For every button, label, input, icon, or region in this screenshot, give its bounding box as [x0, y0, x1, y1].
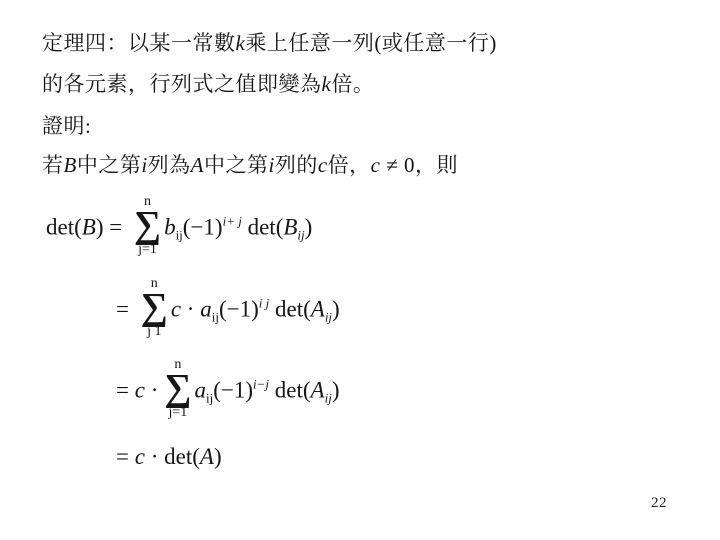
text-run: A [200, 444, 214, 469]
text-run: A [311, 377, 325, 402]
text-run: · [145, 444, 164, 469]
text-run: 若 [42, 153, 64, 177]
proof-heading: 證明: [42, 114, 91, 139]
text-run: ) [332, 377, 340, 402]
text-run: 中之第 [204, 153, 269, 177]
text-run: ij [325, 390, 332, 405]
text-run: det( [164, 444, 200, 469]
presentation-slide: 定理四：以某一常數k乘上任意一列(或任意一行) 的各元素，行列式之值即變為k倍。… [0, 0, 720, 540]
text-run: B [82, 214, 96, 239]
text-run: 倍， [328, 153, 371, 177]
text-run: (−1) [213, 377, 253, 402]
text-run: · [145, 377, 158, 402]
sum-lower-limit: j=1 [138, 243, 157, 257]
text-run: ij [297, 227, 304, 242]
sigma-glyph: ∑ [134, 209, 161, 243]
text-run: ) [332, 296, 340, 321]
text-run: ) [214, 444, 222, 469]
text-run: c [318, 153, 328, 177]
sigma-glyph: ∑ [164, 372, 191, 406]
text-run: B [64, 153, 77, 177]
text-run: 列的 [275, 153, 318, 177]
text-run: b [164, 214, 176, 239]
sigma-glyph: ∑ [141, 291, 168, 325]
sum-lower-limit: j 1 [147, 325, 161, 339]
sum-lower-limit: j=1 [169, 406, 188, 420]
text-run: = [116, 444, 135, 469]
text-run: c [135, 377, 145, 402]
text-run: ij [212, 309, 219, 324]
text-run: = [116, 377, 135, 402]
page-number: 22 [651, 495, 667, 512]
theorem-statement-line-1: 定理四：以某一常數k乘上任意一列(或任意一行) [42, 31, 497, 56]
text-run: 列為 [148, 153, 191, 177]
text-run: k [322, 72, 332, 96]
text-run: det( [269, 377, 311, 402]
summation-sign: n∑j 1 [141, 277, 168, 339]
text-run: · [181, 296, 200, 321]
text-run: 定理四：以某一常數 [42, 31, 236, 55]
text-run: ≠ 0，則 [381, 153, 459, 177]
summation-sign: n∑j=1 [164, 358, 191, 420]
text-run: A [191, 153, 204, 177]
text-run: i+ j [223, 213, 242, 228]
text-run: det( [269, 296, 311, 321]
equation-substitute-c-aij: = n∑j 1c · aij(−1)i j det(Aij) [116, 280, 340, 342]
text-run: A [311, 296, 325, 321]
text-run: det( [46, 214, 82, 239]
text-run: i j [259, 295, 269, 310]
text-run: a [194, 377, 206, 402]
text-run: ) = [96, 214, 128, 239]
text-run: 的各元素，行列式之值即變為 [42, 72, 322, 96]
text-run: 中之第 [77, 153, 142, 177]
text-run: c [371, 153, 381, 177]
text-run: a [200, 296, 212, 321]
text-run: (−1) [219, 296, 259, 321]
text-run: c [171, 296, 181, 321]
text-run: = [116, 296, 135, 321]
theorem-statement-line-2: 的各元素，行列式之值即變為k倍。 [42, 72, 374, 97]
summation-sign: n∑j=1 [134, 195, 161, 257]
text-run: c [135, 444, 145, 469]
text-run: i−j [253, 376, 269, 391]
proof-setup-line: 若B中之第i列為A中之第i列的c倍，c ≠ 0，則 [42, 153, 458, 178]
text-run: ij [325, 309, 332, 324]
text-run: k [236, 31, 246, 55]
text-run: B [283, 214, 297, 239]
text-run: 證明: [42, 114, 91, 138]
equation-result-c-det-a: = c · det(A) [116, 444, 222, 469]
text-run: ij [176, 227, 183, 242]
equation-factor-out-c: = c ·n∑j=1aij(−1)i−j det(Aij) [116, 361, 339, 423]
text-run: 乘上任意一列(或任意一行) [245, 31, 497, 55]
text-run: det( [242, 214, 284, 239]
equation-det-b-expansion: det(B) = n∑j=1bij(−1)i+ j det(Bij) [46, 198, 312, 260]
text-run: 倍。 [331, 72, 374, 96]
text-run: (−1) [183, 214, 223, 239]
text-run: ) [305, 214, 313, 239]
